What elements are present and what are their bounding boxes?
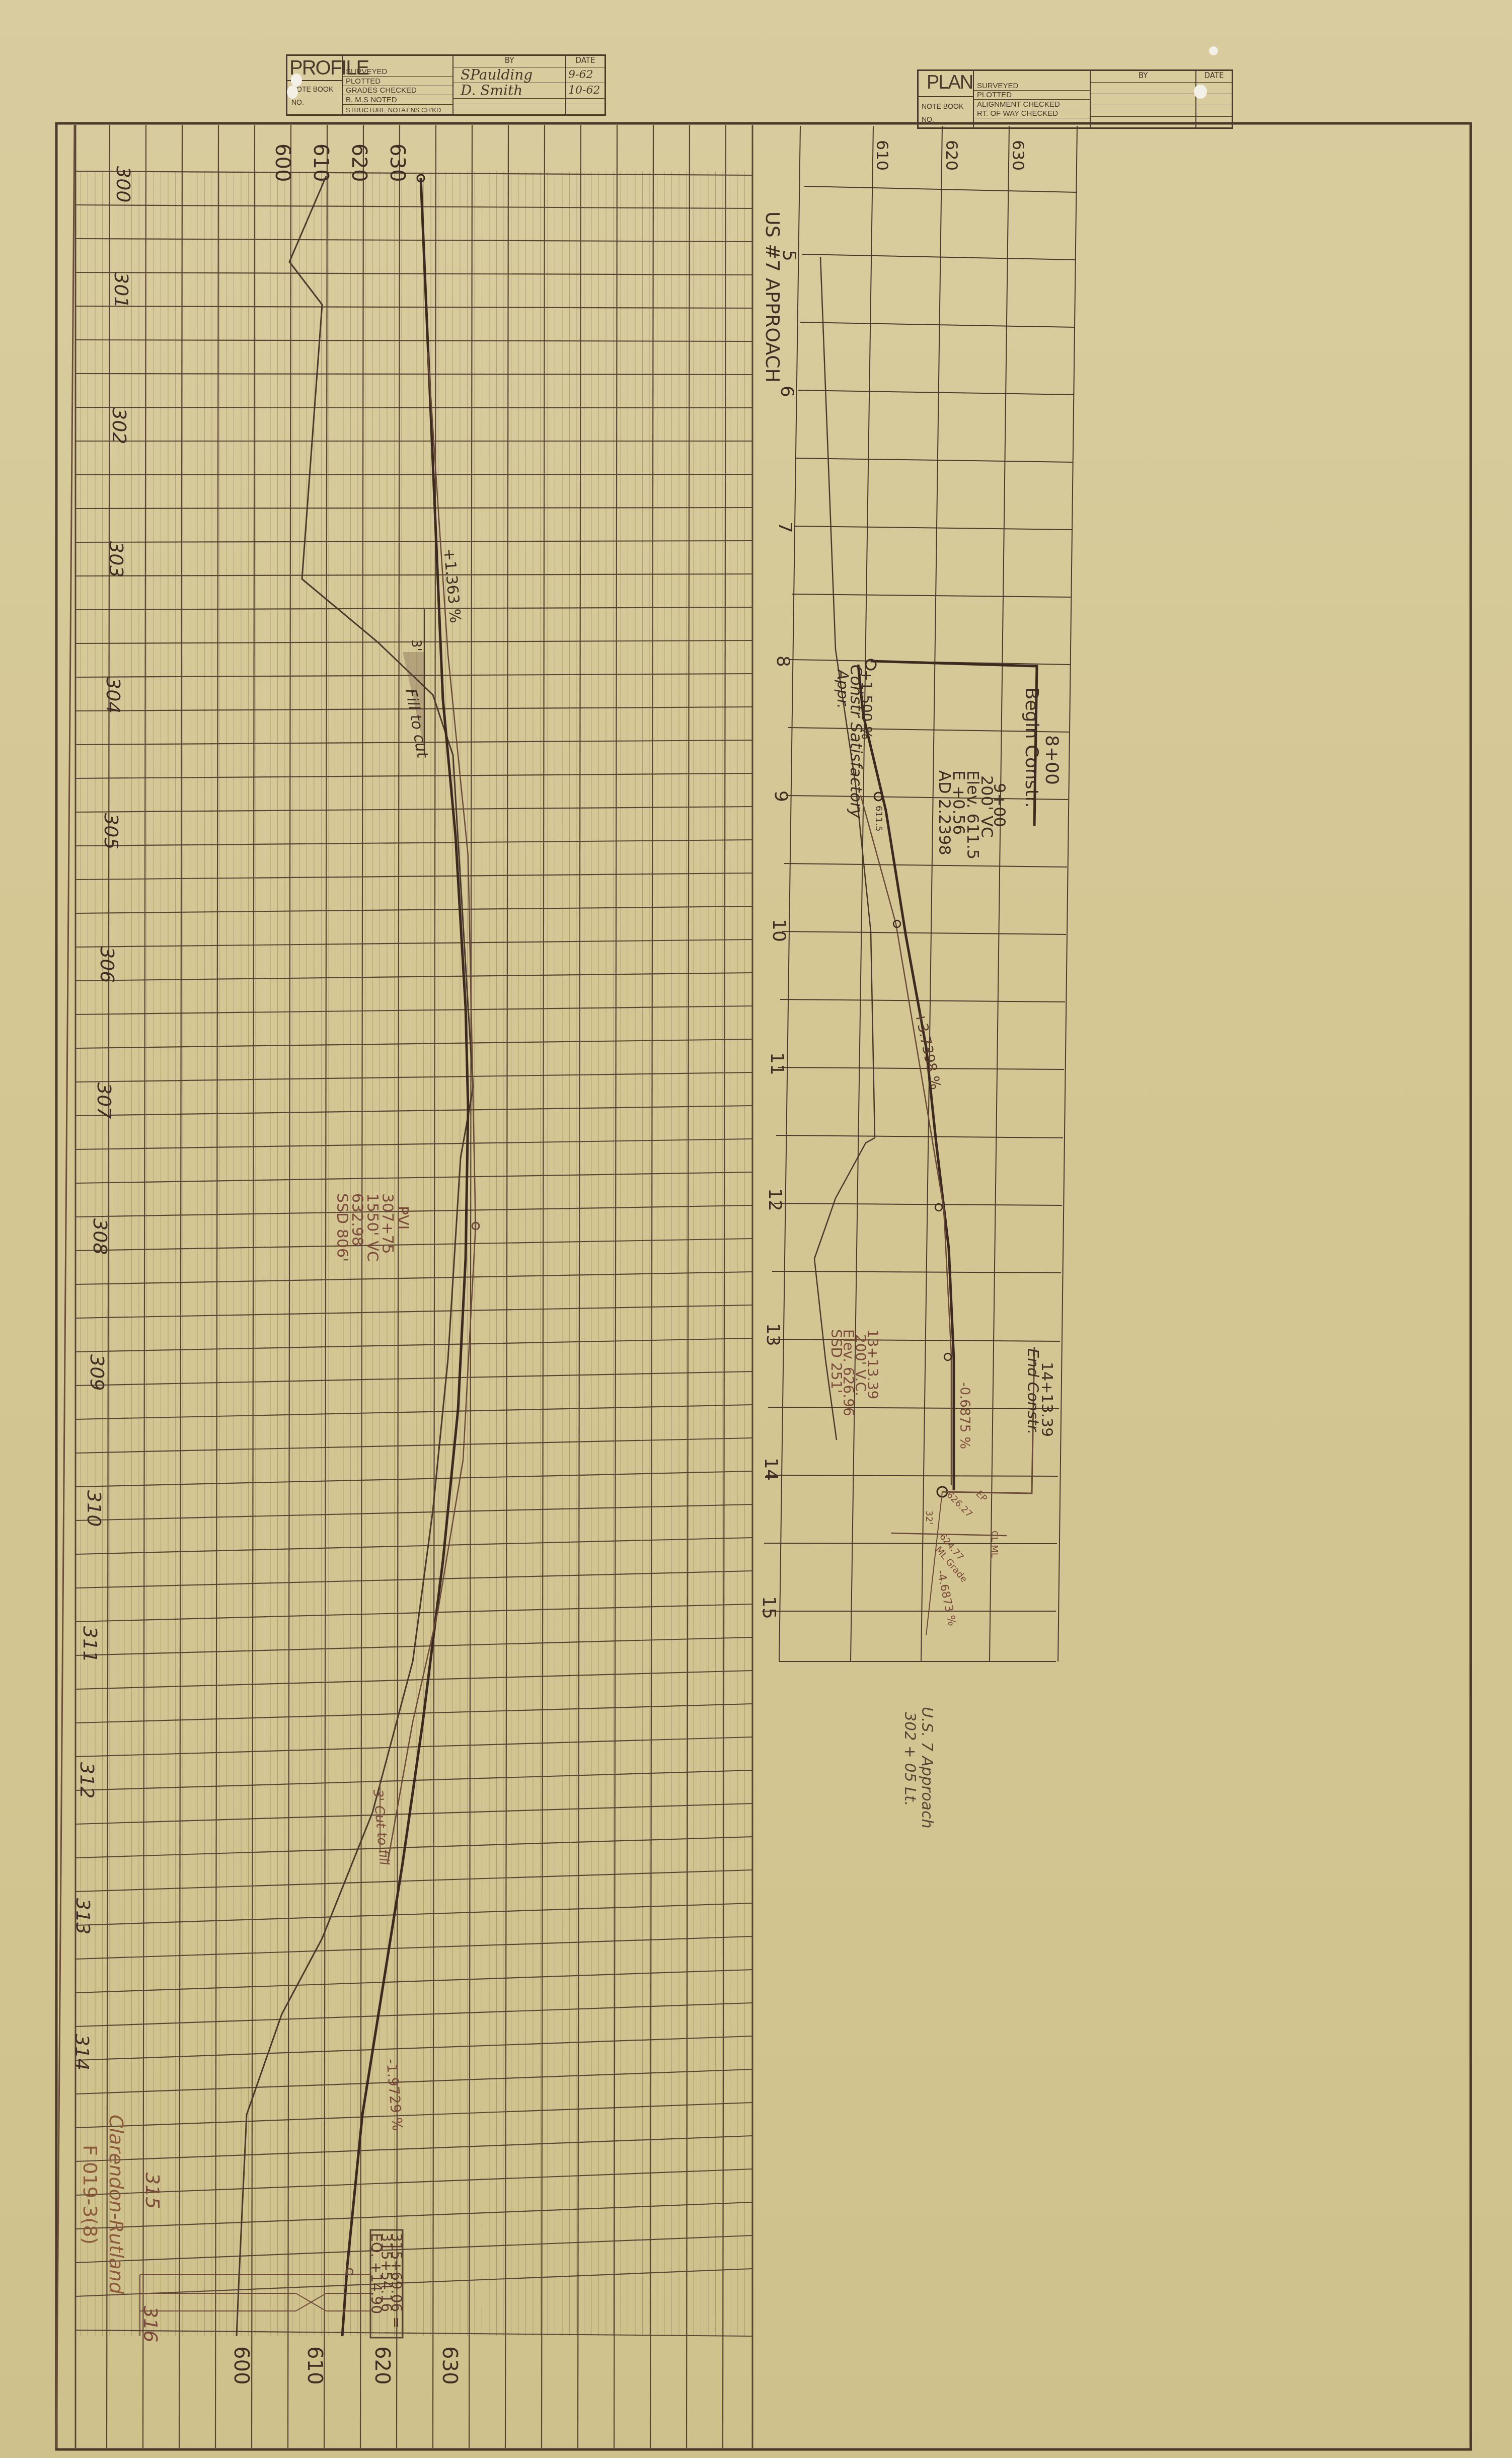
vc2-ssd: SSD 251' [828, 1329, 845, 1393]
begin-constr-label: Begin Constr. [1021, 687, 1042, 808]
begin-constr-station: 8+00 [1041, 735, 1062, 785]
station-302: 302 [108, 408, 130, 445]
end-constr-bracket [942, 1347, 1034, 1493]
approach-station-15: 15 [759, 1596, 779, 1619]
elev-label-620-top: 620 [347, 143, 370, 182]
vc1-note: 9+00 200' VC Elev. 611.5 E +0.56 AD 2.23… [935, 770, 1009, 859]
elev-label-630-bottom: 630 [438, 2346, 461, 2384]
elev-label-610-top: 610 [309, 143, 332, 182]
station-310: 310 [83, 1490, 105, 1527]
elev-label-630-top: 630 [386, 143, 409, 182]
approach-station-7: 7 [775, 522, 795, 533]
approach-stations: 5 6 7 8 9 10 11 12 13 14 15 [759, 250, 799, 1619]
grade-minus-46873: -4.6873 % [934, 1569, 958, 1627]
approach-station-11: 11 [767, 1052, 787, 1075]
approach-station-12: 12 [765, 1188, 785, 1211]
drawing-sheet: PROFILE NOTE BOOK NO. SURVEYED PLOTTED G… [0, 0, 1512, 2458]
elev-626-27: 626.27 [944, 1490, 974, 1520]
vc1-ad: AD 2.2398 [935, 770, 954, 855]
approach-station-5: 5 [779, 250, 799, 261]
station-313: 313 [72, 1898, 94, 1935]
elev-label-600-top: 600 [271, 143, 294, 182]
drawing-canvas: 600 610 620 630 600 610 620 630 300 301 … [0, 0, 1512, 2458]
station-312: 312 [76, 1762, 98, 1799]
elev-label-620-bottom: 620 [370, 2346, 394, 2384]
station-304: 304 [102, 677, 124, 714]
station-309: 309 [86, 1354, 108, 1391]
approach-elev-620: 620 [942, 140, 961, 171]
approach-vc2-marker [944, 1353, 951, 1360]
project-number: F 019-3(8) [79, 2145, 101, 2245]
project-label: Clarendon-Rutland [105, 2115, 127, 2294]
pvi-ssd: SSD 806' [333, 1193, 351, 1262]
left-margin-line [56, 125, 74, 2448]
cl-ml-label: CL ML [989, 1531, 1000, 1558]
three-foot-label: 3' [408, 639, 423, 652]
approach-elev-610: 610 [873, 140, 892, 171]
station-305: 305 [100, 813, 122, 850]
end-constr-label: End Constr. [1024, 1348, 1041, 1434]
elev-label-610-bottom: 610 [303, 2346, 326, 2384]
approach-elev-630: 630 [1009, 140, 1028, 171]
approach-station-6: 6 [777, 386, 797, 397]
station-308: 308 [89, 1218, 111, 1255]
station-306: 306 [96, 947, 118, 983]
elev-label-600-bottom: 600 [230, 2346, 253, 2384]
station-301: 301 [110, 272, 132, 309]
elev-611-5: 611.5 [873, 806, 884, 832]
station-315: 315 [141, 2173, 164, 2209]
approach-station-8: 8 [773, 656, 793, 667]
footer-station: 302 + 05 Lt. [901, 1712, 919, 1806]
approach-station-9: 9 [771, 790, 791, 802]
approach-station-14: 14 [761, 1458, 781, 1481]
footer-title: U.S. 7 Approach [918, 1707, 936, 1828]
approach-station-13: 13 [763, 1323, 783, 1346]
equation-line-3: EQ. +14.90 [368, 2233, 385, 2314]
grade-minus-06875: -0.6875 % [957, 1382, 972, 1449]
station-314: 314 [71, 2034, 93, 2071]
station-300: 300 [112, 166, 134, 203]
appr-label: Appr. [834, 669, 851, 709]
approach-ground-line [814, 257, 875, 1440]
station-316: 316 [139, 2306, 162, 2343]
ep-label: EP [973, 1489, 989, 1504]
approach-station-10: 10 [769, 919, 789, 942]
vc2-note: 13+13.39 200' V.C. Elev. 626.96 SSD 251' [828, 1329, 881, 1416]
approach-title: US #7 APPROACH [762, 211, 784, 383]
station-311: 311 [79, 1626, 101, 1663]
offset-32: 32' [924, 1510, 934, 1525]
station-307: 307 [93, 1082, 115, 1119]
mainline-profile-grid [75, 125, 752, 2448]
grade-plus-37398: +3.7398 % [912, 1010, 944, 1091]
station-303: 303 [105, 541, 127, 578]
